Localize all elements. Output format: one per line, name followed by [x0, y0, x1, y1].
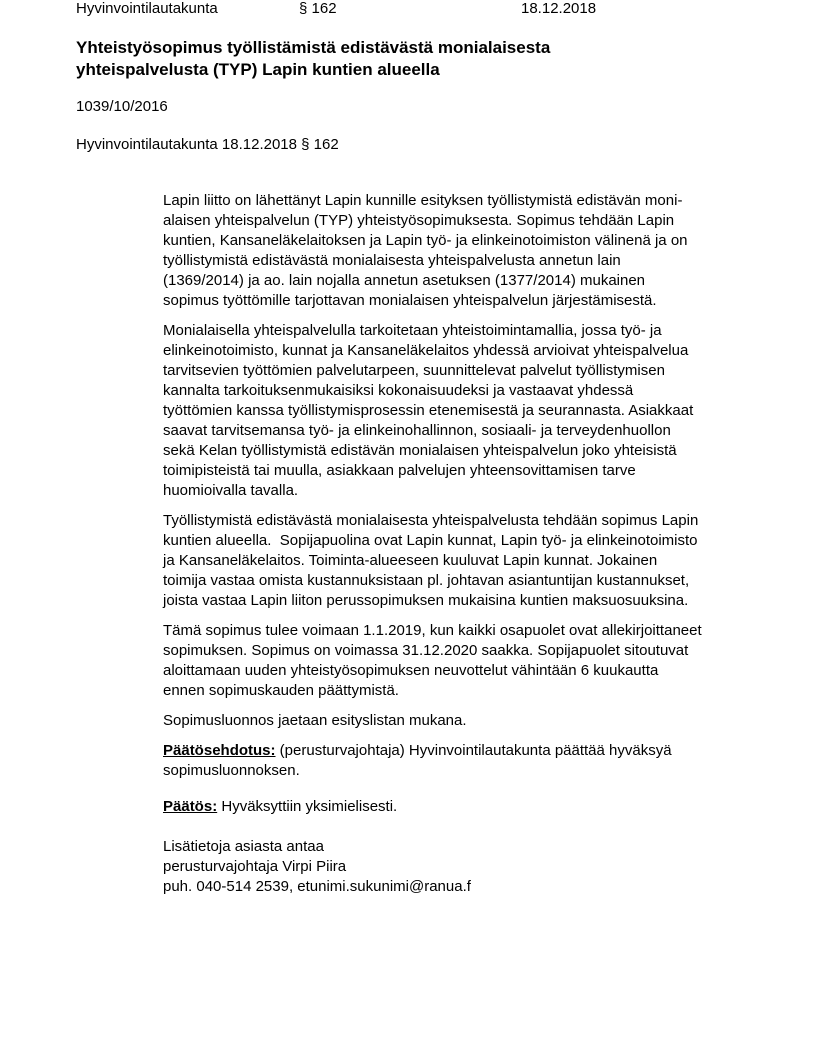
text-line: Monialaisella yhteispalvelulla tarkoitet… [163, 321, 743, 341]
contact-line: perusturvajohtaja Virpi Piira [163, 857, 743, 877]
text-line: sekä Kelan työllistymistä edistävän moni… [163, 441, 743, 461]
paragraph-parties: Työllistymistä edistävästä monialaisesta… [163, 511, 743, 611]
contact-line: Lisätietoja asiasta antaa [163, 837, 743, 857]
meeting-reference: Hyvinvointilautakunta 18.12.2018 § 162 [76, 136, 339, 154]
text-line: sopimuksen. Sopimus on voimassa 31.12.20… [163, 641, 743, 661]
paragraph-validity: Tämä sopimus tulee voimaan 1.1.2019, kun… [163, 621, 743, 701]
text-line: alaisen yhteispalvelun (TYP) yhteistyöso… [163, 211, 743, 231]
text-line: työllistymistä edistävästä monialaisesta… [163, 251, 743, 271]
text-line: huomioivalla tavalla. [163, 481, 743, 501]
text-line: kuntien, Kansaneläkelaitoksen ja Lapin t… [163, 231, 743, 251]
text-line: toimipisteistä tai muulla, asiakkaan pal… [163, 461, 743, 481]
text-line: Tämä sopimus tulee voimaan 1.1.2019, kun… [163, 621, 743, 641]
text-line: elinkeinotoimisto, kunnat ja Kansaneläke… [163, 341, 743, 361]
record-number: 1039/10/2016 [76, 98, 168, 116]
text-line: Työllistymistä edistävästä monialaisesta… [163, 511, 743, 531]
decision-section: Päätös: Hyväksyttiin yksimielisesti. [163, 797, 743, 817]
text-line: työttömien kanssa työllistymisprosessin … [163, 401, 743, 421]
contact-info: Lisätietoja asiasta antaa perusturvajoht… [163, 837, 743, 897]
paragraph-definition: Monialaisella yhteispalvelulla tarkoitet… [163, 321, 743, 501]
text-line: ennen sopimuskauden päättymistä. [163, 681, 743, 701]
decision-label: Päätös: [163, 798, 217, 815]
text-line: aloittamaan uuden yhteistyösopimuksen ne… [163, 661, 743, 681]
header-date: 18.12.2018 [521, 0, 596, 18]
text-line: Lapin liitto on lähettänyt Lapin kunnill… [163, 191, 743, 211]
text-line: sopimus työttömille tarjottavan monialai… [163, 291, 743, 311]
proposal-text: (perusturvajohtaja) Hyvinvointilautakunt… [276, 742, 672, 759]
proposal-label: Päätösehdotus: [163, 742, 276, 759]
header-committee: Hyvinvointilautakunta [76, 0, 218, 18]
document-title: Yhteistyösopimus työllistämistä edistävä… [76, 37, 696, 81]
decision-text: Hyväksyttiin yksimielisesti. [217, 798, 397, 815]
text-line: toimija vastaa omista kustannuksistaan p… [163, 571, 743, 591]
paragraph-background: Lapin liitto on lähettänyt Lapin kunnill… [163, 191, 743, 311]
text-line: kannalta tarkoituksenmukaisiksi kokonais… [163, 381, 743, 401]
text-line: Sopimusluonnos jaetaan esityslistan muka… [163, 711, 743, 731]
spacer [163, 817, 743, 833]
proposal-line: Päätösehdotus: (perusturvajohtaja) Hyvin… [163, 741, 743, 761]
spacer [163, 781, 743, 797]
text-line: tarvitsevien työttömien palvelutarpeen, … [163, 361, 743, 381]
header-section-number: § 162 [299, 0, 337, 18]
text-line: joista vastaa Lapin liiton perussopimuks… [163, 591, 743, 611]
title-line: Yhteistyösopimus työllistämistä edistävä… [76, 37, 696, 59]
decision-line: Päätös: Hyväksyttiin yksimielisesti. [163, 797, 743, 817]
document-body: Lapin liitto on lähettänyt Lapin kunnill… [163, 191, 743, 897]
text-line: (1369/2014) ja ao. lain nojalla annetun … [163, 271, 743, 291]
text-line: saavat tarvitsemansa työ- ja elinkeinoha… [163, 421, 743, 441]
contact-line: puh. 040-514 2539, etunimi.sukunimi@ranu… [163, 877, 743, 897]
text-line: kuntien alueella. Sopijapuolina ovat Lap… [163, 531, 743, 551]
paragraph-attachment-note: Sopimusluonnos jaetaan esityslistan muka… [163, 711, 743, 731]
title-line: yhteispalvelusta (TYP) Lapin kuntien alu… [76, 59, 696, 81]
proposal-section: Päätösehdotus: (perusturvajohtaja) Hyvin… [163, 741, 743, 781]
text-line: ja Kansaneläkelaitos. Toiminta-alueeseen… [163, 551, 743, 571]
proposal-line: sopimusluonnoksen. [163, 761, 743, 781]
